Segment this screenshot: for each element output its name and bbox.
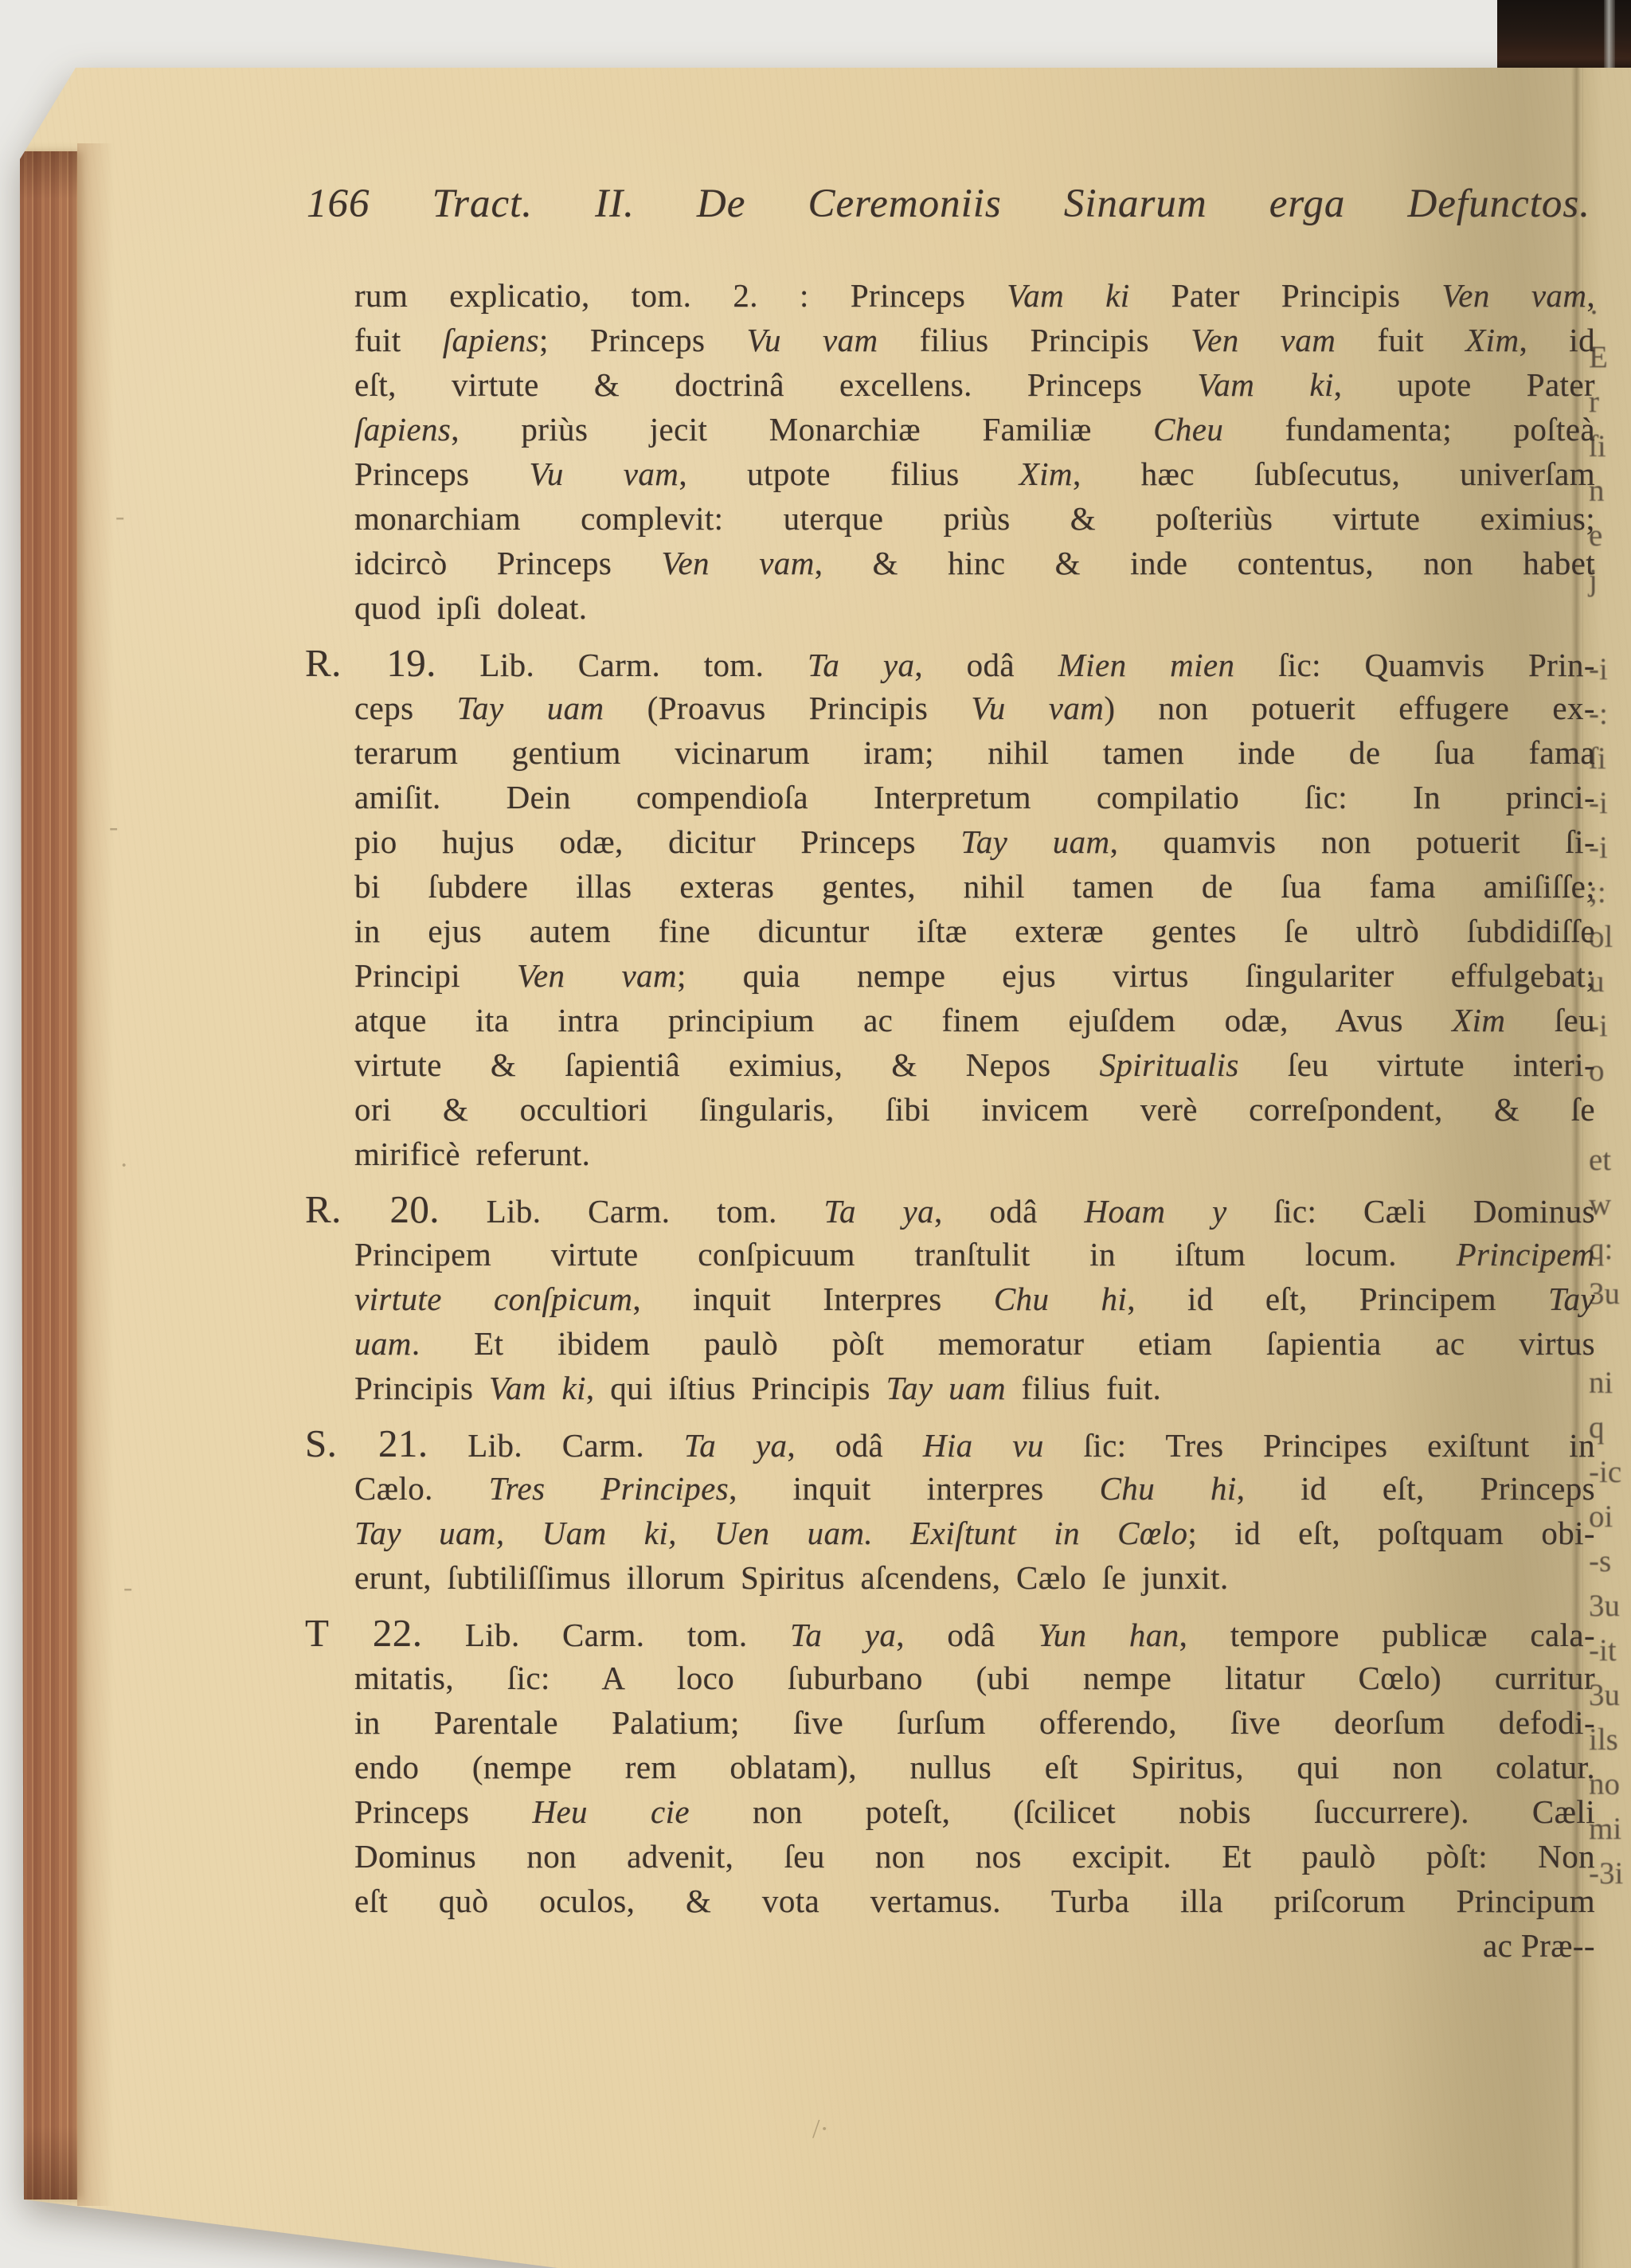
italic-term: uam (354, 1325, 412, 1362)
text-line: mitatis, ſic: A loco ſuburbano (ubi nemp… (354, 1656, 1595, 1700)
italic-term: Tay uam, Uam ki, Uen uam. Exiſtunt in Cœ… (354, 1515, 1187, 1551)
italic-term: Principem (1457, 1236, 1595, 1273)
fore-edge-blend (77, 143, 114, 2206)
margin-mark: - (115, 502, 124, 532)
text-line: Princeps Vu vam, utpote filius Xim, hæc … (354, 452, 1595, 496)
screenshot-root: { "colors":{ "background":"#e9e8e4", "pa… (0, 0, 1631, 2268)
italic-term: Xim (1019, 456, 1073, 492)
text-line: ſapiens, priùs jecit Monarchiæ Familiæ C… (354, 407, 1595, 452)
italic-term: Tay uam (886, 1370, 1006, 1406)
italic-term: Ven vam (662, 545, 815, 581)
italic-term: Mien mien (1058, 647, 1235, 683)
text-line: Princeps Heu cie non poteſt, (ſcilicet n… (354, 1789, 1595, 1834)
text-line: bi ſubdere illas exteras gentes, nihil t… (354, 864, 1595, 909)
paragraph-label: T 22. (305, 1611, 422, 1655)
paragraph: T 22. Lib. Carm. tom. Ta ya, odâ Yun han… (354, 1611, 1595, 1968)
italic-term: Ta ya (808, 647, 914, 683)
italic-term: Xim (1452, 1002, 1505, 1038)
text-line: eſt, virtute & doctrinâ excellens. Princ… (354, 362, 1595, 407)
italic-term: Ven vam (1441, 277, 1586, 314)
text-line: Dominus non advenit, ſeu non nos excipit… (354, 1834, 1595, 1879)
text-line: Principis Vam ki, qui iſtius Principis T… (354, 1366, 1595, 1410)
margin-mark: - (123, 1573, 132, 1603)
italic-term: Hia vu (923, 1427, 1044, 1464)
italic-term: Heu cie (532, 1793, 690, 1830)
text-line: Tay uam, Uam ki, Uen uam. Exiſtunt in Cœ… (354, 1511, 1595, 1555)
text-line: virtute & ſapientiâ eximius, & Nepos Spi… (354, 1042, 1595, 1087)
italic-term: Vu vam (971, 690, 1104, 726)
book-page: ·Erſinej-i-:ſi-i-i;:olu-ioetwq:3uniq-ico… (20, 68, 1631, 2268)
text-line: pio hujus odæ, dicitur Princeps Tay uam,… (354, 819, 1595, 864)
text-line: virtute conſpicum, inquit Interpres Chu … (354, 1277, 1595, 1321)
italic-term: Spiritualis (1099, 1046, 1238, 1083)
text-line: uam. Et ibidem paulò pòſt memoratur etia… (354, 1321, 1595, 1366)
paragraph: R. 19. Lib. Carm. tom. Ta ya, odâ Mien m… (354, 641, 1595, 1176)
page-stack-fore-edge (20, 151, 77, 2200)
paragraph-label: S. 21. (305, 1421, 428, 1465)
italic-term: ſapiens (443, 322, 539, 358)
text-line: erunt, ſubtiliſſimus illorum Spiritus aſ… (354, 1555, 1595, 1600)
italic-term: Ven vam (1191, 322, 1336, 358)
italic-term: Ta ya (684, 1427, 788, 1464)
text-line: S. 21. Lib. Carm. Ta ya, odâ Hia vu ſic:… (305, 1421, 1595, 1466)
margin-mark: /· (812, 2114, 829, 2145)
text-line: amiſit. Dein compendioſa Interpretum com… (354, 775, 1595, 819)
italic-term: Vu vam (529, 456, 679, 492)
text-line: ceps Tay uam (Proavus Principis Vu vam) … (354, 686, 1595, 730)
italic-term: virtute conſpicum (354, 1281, 632, 1317)
text-line: Principi Ven vam; quia nempe ejus virtus… (354, 953, 1595, 998)
paragraph-label: R. 19. (305, 641, 436, 685)
running-header: 166 Tract. II. De Ceremoniis Sinarum erg… (307, 181, 1590, 238)
text-line: ori & occultiori ſingularis, ſibi invice… (354, 1087, 1595, 1132)
italic-term: Vam ki (1007, 277, 1129, 314)
italic-term: Tres Principes (489, 1470, 729, 1507)
paragraph: S. 21. Lib. Carm. Ta ya, odâ Hia vu ſic:… (354, 1421, 1595, 1600)
text-line: R. 20. Lib. Carm. tom. Ta ya, odâ Hoam y… (305, 1187, 1595, 1232)
paragraph: R. 20. Lib. Carm. tom. Ta ya, odâ Hoam y… (354, 1187, 1595, 1410)
paragraph: rum explicatio, tom. 2. : Princeps Vam k… (354, 273, 1595, 630)
text-line: rum explicatio, tom. 2. : Princeps Vam k… (354, 273, 1595, 318)
italic-term: Ven vam (517, 957, 677, 994)
italic-term: Xim (1465, 322, 1519, 358)
italic-term: Vam ki (489, 1370, 586, 1406)
text-line: R. 19. Lib. Carm. tom. Ta ya, odâ Mien m… (305, 641, 1595, 686)
italic-term: Ta ya (824, 1193, 935, 1230)
text-line: ac Præ-- (354, 1923, 1595, 1968)
italic-term: ſapiens (354, 411, 451, 448)
text-line: mirificè referunt. (354, 1132, 1595, 1176)
text-line: fuit ſapiens; Princeps Vu vam filius Pri… (354, 318, 1595, 362)
italic-term: Vu vam (747, 322, 878, 358)
text-line: terarum gentium vicinarum iram; nihil ta… (354, 730, 1595, 775)
text-line: idcircò Princeps Ven vam, & hinc & inde … (354, 541, 1595, 585)
italic-term: Yun han (1038, 1617, 1179, 1653)
paragraph-label: R. 20. (305, 1187, 440, 1231)
text-line: Cælo. Tres Principes, inquit interpres C… (354, 1466, 1595, 1511)
text-line: endo (nempe rem oblatam), nullus eſt Spi… (354, 1745, 1595, 1789)
italic-term: Tay uam (457, 690, 604, 726)
italic-term: Tay uam (960, 823, 1109, 860)
italic-term: Chu hi (994, 1281, 1127, 1317)
text-line: atque ita intra principium ac finem ejuſ… (354, 998, 1595, 1042)
italic-term: Cheu (1153, 411, 1223, 448)
margin-mark: · (119, 1151, 128, 1181)
italic-term: Hoam y (1085, 1193, 1227, 1230)
text-line: eſt quò oculos, & vota vertamus. Turba i… (354, 1879, 1595, 1923)
text-line: in Parentale Palatium; ſive ſurſum offer… (354, 1700, 1595, 1745)
text-line: Principem virtute conſpicuum tranſtulit … (354, 1232, 1595, 1277)
italic-term: Vam ki (1197, 366, 1333, 403)
italic-term: Tay (1548, 1281, 1595, 1317)
margin-mark: - (109, 812, 118, 843)
text-line: quod ipſi doleat. (354, 585, 1595, 630)
text-line: monarchiam complevit: uterque priùs & po… (354, 496, 1595, 541)
text-block: rum explicatio, tom. 2. : Princeps Vam k… (354, 273, 1595, 1979)
italic-term: Ta ya (790, 1617, 896, 1653)
text-line: in ejus autem fine dicuntur iſtæ exteræ … (354, 909, 1595, 953)
italic-term: Chu hi (1100, 1470, 1237, 1507)
text-line: T 22. Lib. Carm. tom. Ta ya, odâ Yun han… (305, 1611, 1595, 1656)
